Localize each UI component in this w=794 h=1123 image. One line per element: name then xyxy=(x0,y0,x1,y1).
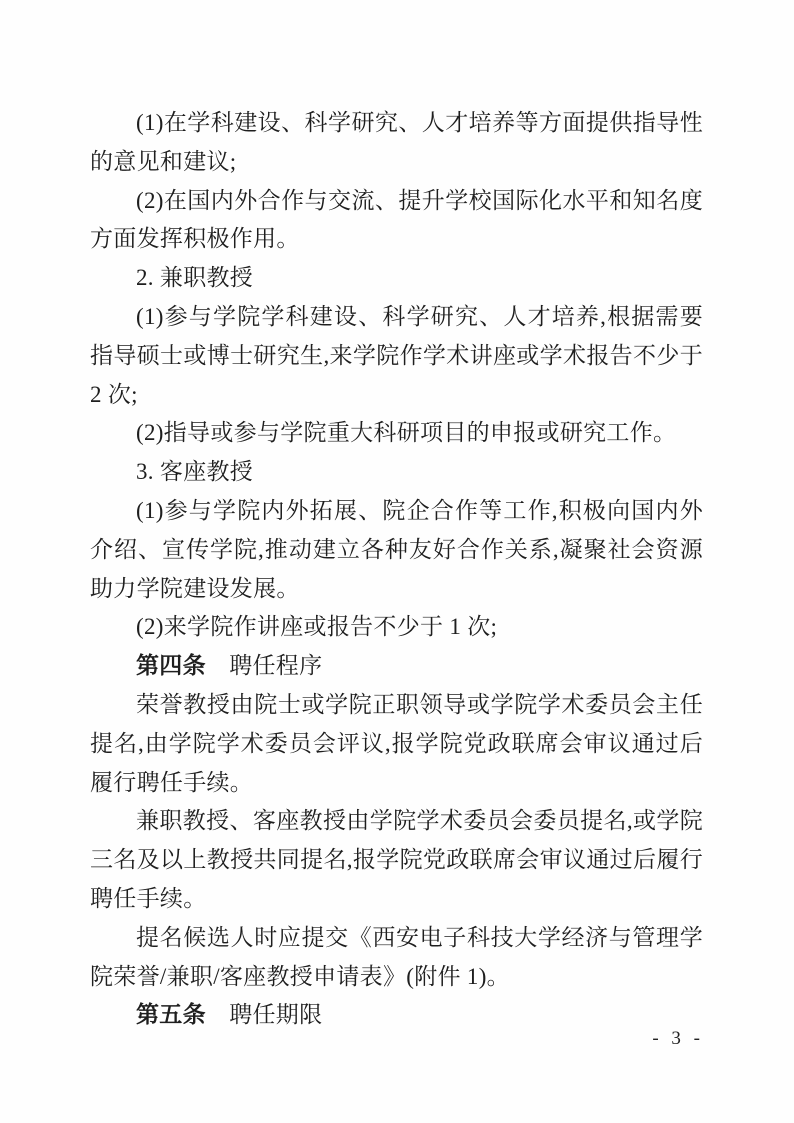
paragraph-text: (2)指导或参与学院重大科研项目的申报或研究工作。 xyxy=(136,420,676,445)
paragraph-4: (1)参与学院学科建设、科学研究、人才培养,根据需要指导硕士或博士研究生,来学院… xyxy=(90,298,703,414)
paragraph-10: 荣誉教授由院士或学院正职领导或学院学术委员会主任提名,由学院学术委员会评议,报学… xyxy=(90,686,703,802)
paragraph-text: 荣誉教授由院士或学院正职领导或学院学术委员会主任提名,由学院学术委员会评议,报学… xyxy=(90,692,703,795)
paragraph-11: 兼职教授、客座教授由学院学术委员会委员提名,或学院三名及以上教授共同提名,报学院… xyxy=(90,802,703,918)
paragraph-1: (1)在学科建设、科学研究、人才培养等方面提供指导性的意见和建议; xyxy=(90,104,703,182)
article-number: 第五条 xyxy=(136,1002,206,1027)
article-number: 第四条 xyxy=(136,653,206,678)
paragraph-9: 第四条 聘任程序 xyxy=(90,647,703,686)
paragraph-text: (2)来学院作讲座或报告不少于 1 次; xyxy=(136,614,497,639)
paragraph-6: 3. 客座教授 xyxy=(90,453,703,492)
paragraph-7: (1)参与学院内外拓展、院企合作等工作,积极向国内外介绍、宣传学院,推动建立各种… xyxy=(90,492,703,608)
paragraph-5: (2)指导或参与学院重大科研项目的申报或研究工作。 xyxy=(90,414,703,453)
paragraph-text: (2)在国内外合作与交流、提升学校国际化水平和知名度方面发挥积极作用。 xyxy=(90,188,703,252)
document-page: (1)在学科建设、科学研究、人才培养等方面提供指导性的意见和建议;(2)在国内外… xyxy=(0,0,794,1123)
paragraph-text: (1)参与学院内外拓展、院企合作等工作,积极向国内外介绍、宣传学院,推动建立各种… xyxy=(90,498,703,601)
page-number: - 3 - xyxy=(652,1028,704,1050)
document-body: (1)在学科建设、科学研究、人才培养等方面提供指导性的意见和建议;(2)在国内外… xyxy=(90,104,703,1035)
paragraph-text: 兼职教授、客座教授由学院学术委员会委员提名,或学院三名及以上教授共同提名,报学院… xyxy=(90,808,703,911)
paragraph-text: 聘任程序 xyxy=(206,653,323,678)
paragraph-text: (1)参与学院学科建设、科学研究、人才培养,根据需要指导硕士或博士研究生,来学院… xyxy=(90,304,703,407)
paragraph-8: (2)来学院作讲座或报告不少于 1 次; xyxy=(90,608,703,647)
paragraph-12: 提名候选人时应提交《西安电子科技大学经济与管理学院荣誉/兼职/客座教授申请表》(… xyxy=(90,919,703,997)
paragraph-text: 聘任期限 xyxy=(206,1002,323,1027)
paragraph-13: 第五条 聘任期限 xyxy=(90,996,703,1035)
paragraph-text: 3. 客座教授 xyxy=(136,459,253,484)
paragraph-text: (1)在学科建设、科学研究、人才培养等方面提供指导性的意见和建议; xyxy=(90,110,703,174)
paragraph-text: 2. 兼职教授 xyxy=(136,265,253,290)
paragraph-3: 2. 兼职教授 xyxy=(90,259,703,298)
paragraph-2: (2)在国内外合作与交流、提升学校国际化水平和知名度方面发挥积极作用。 xyxy=(90,182,703,260)
paragraph-text: 提名候选人时应提交《西安电子科技大学经济与管理学院荣誉/兼职/客座教授申请表》(… xyxy=(90,925,703,989)
